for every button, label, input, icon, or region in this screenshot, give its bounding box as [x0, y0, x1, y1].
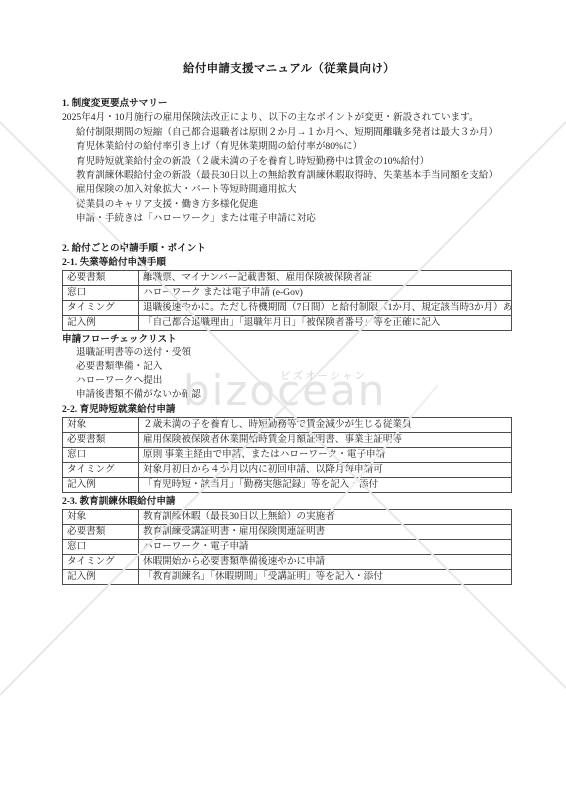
checklist-item: 退職証明書等の送付・受領 [62, 346, 516, 360]
section-1-item: 教育訓練休暇給付金の新設（最長30日以上の無給教育訓練休暇取得時、失業基本手当同… [62, 169, 516, 183]
section-1-item-list: 給付制限期間の短縮（自己都合退職者は原則２か月→１か月へ、短期間離職多発者は最大… [62, 126, 516, 227]
table-row: 記入例 「自己都合退職理由」「退職年月日」「被保険者番号」等を正確に記入 [63, 316, 512, 331]
page-title: 給付申請支援マニュアル（従業員向け） [62, 62, 516, 76]
section-1-intro: 2025年4月・10月施行の雇用保険法改正により、以下の主なポイントが変更・新設… [62, 111, 516, 125]
section-1-heading: 1. 制度変更要点サマリー [62, 97, 516, 111]
row-value-cell: 「教育訓練名」「休暇期間」「受講証明」等を記入・添付 [139, 570, 512, 585]
row-value-cell: 「自己都合退職理由」「退職年月日」「被保険者番号」等を正確に記入 [139, 316, 512, 331]
table-row: 必要書類 離職票、マイナンバー記載書類、雇用保険被保険者証 [63, 271, 512, 286]
checklist: 退職証明書等の送付・受領必要書類準備・記入ハローワークへ提出申請後書類不備がない… [62, 346, 516, 402]
row-label-cell: タイミング [63, 555, 139, 570]
table-row: 必要書類 教育訓練受講証明書・雇用保険関連証明書 [63, 525, 512, 540]
checklist-item: 必要書類準備・記入 [62, 360, 516, 374]
section-1-item: 育児時短就業給付金の新設（２歳未満の子を養育し時短勤務中は賃金の10%給付） [62, 155, 516, 169]
row-value-cell: 離職票、マイナンバー記載書類、雇用保険被保険者証 [139, 271, 512, 286]
table-row: 窓口 原則 事業主経由で申請、またはハローワーク・電子申請 [63, 448, 512, 463]
row-label-cell: 記入例 [63, 478, 139, 493]
table-row: 対象 ２歳未満の子を養育し、時短勤務等で賃金減少が生じる従業員 [63, 418, 512, 433]
row-value-cell: 原則 事業主経由で申請、またはハローワーク・電子申請 [139, 448, 512, 463]
table-row: 必要書類 雇用保険被保険者休業開始時賃金月額証明書、事業主証明等 [63, 433, 512, 448]
checklist-item: 申請後書類不備がないか確認 [62, 388, 516, 402]
section-1-item: 育児休業給付の給付率引き上げ（育児休業期間の給付率が80%に） [62, 140, 516, 154]
row-value-cell: ハローワーク または電子申請 (e-Gov) [139, 286, 512, 301]
checklist-item: ハローワークへ提出 [62, 374, 516, 388]
row-label-cell: 必要書類 [63, 525, 139, 540]
row-value-cell: 「育児時短・該当月」「勤務実態記録」等を記入・添付 [139, 478, 512, 493]
row-value-cell: 教育訓練受講証明書・雇用保険関連証明書 [139, 525, 512, 540]
row-value-cell: 退職後速やかに。ただし待機期間（7日間）と給付制限（1か月、規定該当時3か月）あ… [139, 301, 512, 316]
subsection-2-3-heading: 2-3. 教育訓練休暇給付申請 [62, 495, 516, 508]
training-leave-benefit-table: 対象 教育訓練休暇（最長30日以上無給）の実施者 必要書類 教育訓練受講証明書・… [62, 509, 512, 585]
section-1-item: 雇用保険の加入対象拡大・パート等短時間適用拡大 [62, 183, 516, 197]
row-label-cell: 窓口 [63, 286, 139, 301]
section-1-item: 申請・手続きは「ハローワーク」または電子申請に対応 [62, 212, 516, 226]
row-label-cell: 窓口 [63, 540, 139, 555]
row-label-cell: タイミング [63, 301, 139, 316]
subsection-2-1-heading: 2-1. 失業等給付申請手順 [62, 256, 516, 269]
row-label-cell: 記入例 [63, 316, 139, 331]
row-label-cell: タイミング [63, 463, 139, 478]
row-value-cell: 教育訓練休暇（最長30日以上無給）の実施者 [139, 510, 512, 525]
row-value-cell: 雇用保険被保険者休業開始時賃金月額証明書、事業主証明等 [139, 433, 512, 448]
row-label-cell: 窓口 [63, 448, 139, 463]
section-1-item: 従業員のキャリア支援・働き方多様化促進 [62, 198, 516, 212]
row-value-cell: 休暇開始から必要書類準備後速やかに申請 [139, 555, 512, 570]
row-value-cell: 対象月初日から４か月以内に初回申請、以降月毎申請可 [139, 463, 512, 478]
subsection-2-2-heading: 2-2. 育児時短就業給付申請 [62, 403, 516, 416]
row-label-cell: 記入例 [63, 570, 139, 585]
document-page: ビズオーシャン bizocean 給付申請支援マニュアル（従業員向け） 1. 制… [0, 0, 566, 800]
section-2-heading: 2. 給付ごとの申請手順・ポイント [62, 242, 516, 256]
table-row: タイミング 休暇開始から必要書類準備後速やかに申請 [63, 555, 512, 570]
section-1-item: 給付制限期間の短縮（自己都合退職者は原則２か月→１か月へ、短期間離職多発者は最大… [62, 126, 516, 140]
row-label-cell: 対象 [63, 510, 139, 525]
row-label-cell: 必要書類 [63, 433, 139, 448]
row-value-cell: ２歳未満の子を養育し、時短勤務等で賃金減少が生じる従業員 [139, 418, 512, 433]
table-row: 記入例 「育児時短・該当月」「勤務実態記録」等を記入・添付 [63, 478, 512, 493]
checklist-heading: 申請フローチェックリスト [62, 333, 516, 346]
table-row: タイミング 対象月初日から４か月以内に初回申請、以降月毎申請可 [63, 463, 512, 478]
childcare-shorttime-benefit-table: 対象 ２歳未満の子を養育し、時短勤務等で賃金減少が生じる従業員 必要書類 雇用保… [62, 417, 512, 493]
table-row: 対象 教育訓練休暇（最長30日以上無給）の実施者 [63, 510, 512, 525]
table-row: 窓口 ハローワーク または電子申請 (e-Gov) [63, 286, 512, 301]
row-value-cell: ハローワーク・電子申請 [139, 540, 512, 555]
document-content: 給付申請支援マニュアル（従業員向け） 1. 制度変更要点サマリー 2025年4月… [0, 62, 566, 585]
table-row: 記入例 「教育訓練名」「休暇期間」「受講証明」等を記入・添付 [63, 570, 512, 585]
table-row: タイミング 退職後速やかに。ただし待機期間（7日間）と給付制限（1か月、規定該当… [63, 301, 512, 316]
row-label-cell: 対象 [63, 418, 139, 433]
row-label-cell: 必要書類 [63, 271, 139, 286]
table-row: 窓口 ハローワーク・電子申請 [63, 540, 512, 555]
unemployment-benefit-table: 必要書類 離職票、マイナンバー記載書類、雇用保険被保険者証 窓口 ハローワーク … [62, 270, 512, 331]
